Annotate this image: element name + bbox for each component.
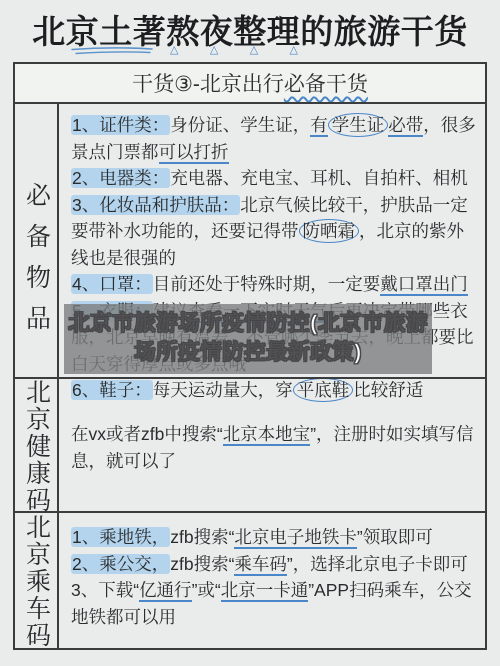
triangle-icon: △: [210, 45, 218, 56]
tip-item: 2、乘公交，zfb搜索“乘车码”，选择北京电子卡即可: [71, 551, 477, 578]
triangle-icon: △: [290, 45, 298, 56]
section-transit-code: 北京乘车码 1、乘地铁，zfb搜索“北京电子地铁卡”领取即可 2、乘公交，zfb…: [15, 511, 485, 648]
section-content: 1、乘地铁，zfb搜索“北京电子地铁卡”领取即可 2、乘公交，zfb搜索“乘车码…: [59, 513, 485, 648]
emphasized-text: 3、化妆品和护肤品：: [71, 195, 240, 215]
emphasized-text: 北京电子地铁卡: [234, 527, 357, 549]
emphasized-text: 乘车码: [234, 554, 287, 576]
emphasized-text: 必带: [388, 115, 423, 137]
emphasized-text: 有: [310, 115, 328, 137]
section-label: 北京健康码: [24, 379, 49, 514]
section-label-cell: 必备物品: [15, 104, 59, 408]
section-health-code: 北京健康码 在vx或者zfb中搜索“北京本地宝”，注册时如实填写信息，就可以了: [15, 377, 485, 511]
tip-item: 3、化妆品和护肤品：北京气候比较干，护肤品一定要带补水功能的，还要记得带防晒霜，…: [71, 192, 477, 272]
table-subheader: 干货③-北京出行必备干货: [15, 64, 485, 102]
emphasized-text: 北京本地宝: [223, 424, 311, 446]
section-content: 在vx或者zfb中搜索“北京本地宝”，注册时如实填写信息，就可以了: [59, 379, 485, 512]
emphasized-text: 必备干货: [284, 73, 368, 96]
emphasized-text: 1、证件类：: [71, 115, 170, 135]
plain-text: zfb搜索“: [170, 527, 234, 547]
plain-text: 干货③-北京出行: [132, 73, 284, 96]
emphasized-text: 亿通行: [139, 580, 192, 602]
title-triangle-decorations: △ △ △ △: [170, 45, 298, 56]
emphasized-text: 戴口罩出门: [380, 274, 468, 296]
plain-text: 身份证、学生证，: [170, 115, 310, 135]
triangle-icon: △: [170, 45, 178, 56]
emphasized-text: 北京一卡通: [221, 580, 309, 602]
plain-text: zfb搜索“: [170, 554, 234, 574]
plain-text: ”或“: [192, 580, 221, 600]
plain-text: 充电器、充电宝、耳机、自拍杆、相机: [170, 168, 468, 188]
section-label: 必备物品: [24, 182, 49, 346]
emphasized-text: 2、乘公交，: [71, 554, 170, 574]
watermark-overlay: 北京市旅游场所疫情防控(北京市旅游场所疫情防控最新政策): [64, 304, 432, 374]
tip-item: 在vx或者zfb中搜索“北京本地宝”，注册时如实填写信息，就可以了: [71, 421, 477, 474]
emphasized-text: 防晒霜: [299, 219, 360, 243]
subheader-text: 干货③-北京出行必备干货: [132, 68, 368, 98]
tip-item: 4、口罩：目前还处于特殊时期，一定要戴口罩出门: [71, 271, 477, 298]
tip-item: 1、乘地铁，zfb搜索“北京电子地铁卡”领取即可: [71, 524, 477, 551]
infographic-page: 北京土著熬夜整理的旅游干货 △ △ △ △ 干货③-北京出行必备干货 必备物品 …: [0, 0, 500, 666]
emphasized-text: 4、口罩：: [71, 274, 153, 294]
tip-item: 3、下载“亿通行”或“北京一卡通”APP扫码乘车，公交地铁都可以用: [71, 577, 477, 630]
section-label-cell: 北京健康码: [15, 379, 59, 512]
title-underline-decoration: [70, 47, 154, 56]
triangle-icon: △: [250, 45, 258, 56]
plain-text: ”领取即可: [357, 527, 433, 547]
tip-item: 2、电器类：充电器、充电宝、耳机、自拍杆、相机: [71, 165, 477, 192]
emphasized-text: 2、电器类：: [71, 168, 170, 188]
plain-text: ”，选择北京电子卡即可: [287, 554, 468, 574]
tip-item: 1、证件类：身份证、学生证，有学生证必带，很多景点门票都可以打折: [71, 112, 477, 165]
plain-text: 3、下载“: [71, 580, 139, 600]
emphasized-text: 可以打折: [159, 142, 229, 164]
section-label-cell: 北京乘车码: [15, 513, 59, 648]
emphasized-text: 学生证: [328, 113, 389, 137]
plain-text: 在vx或者zfb中搜索“: [71, 424, 223, 444]
emphasized-text: 1、乘地铁，: [71, 527, 170, 547]
plain-text: 目前还处于特殊时期，一定要: [153, 274, 381, 294]
section-label: 北京乘车码: [24, 514, 49, 649]
